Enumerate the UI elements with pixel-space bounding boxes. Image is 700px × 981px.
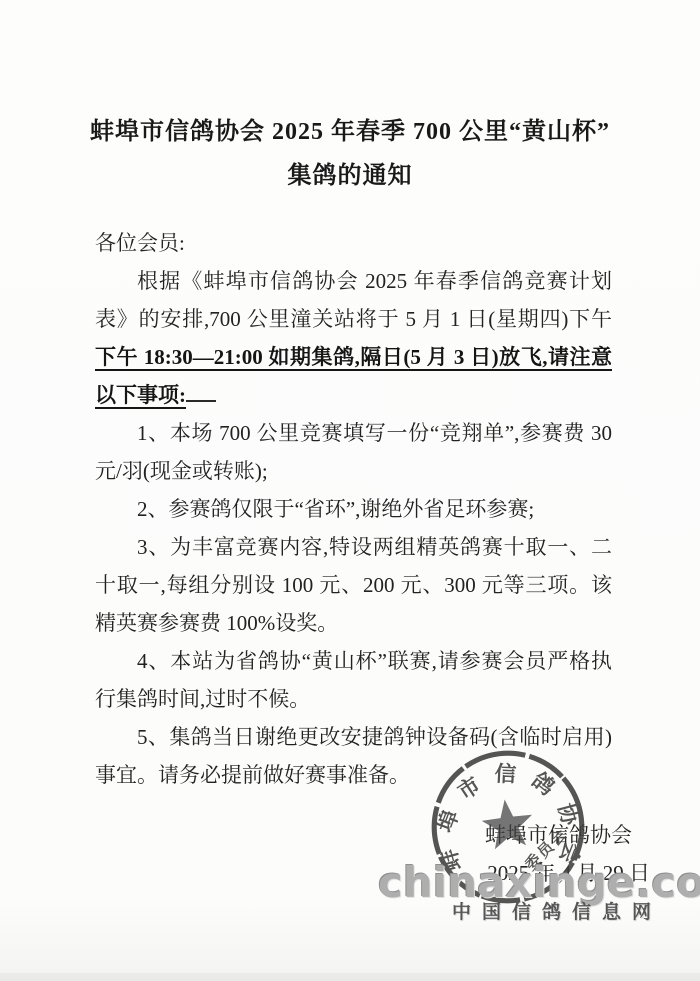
signature-date: 2025 年 4 月 29 日 [0,854,650,892]
notice-item-1: 1、本场 700 公里竞赛填写一份“竞翔单”,参赛费 30 元/羽(现金或转账)… [95,414,612,490]
title-line-2: 集鸽的通知 [0,154,700,198]
underline-tail [186,381,216,402]
document-body: 各位会员: 根据《蚌埠市信鸽协会 2025 年春季信鸽竞赛计划表》的安排,700… [95,224,612,794]
intro-emphasized-text: 下午 18:30—21:00 如期集鸽,隔日(5 月 3 日)放飞,请注意以下事… [95,345,612,407]
watermark-site-name: 中国信鸽信息网 [452,897,662,924]
intro-paragraph: 根据《蚌埠市信鸽协会 2025 年春季信鸽竞赛计划表》的安排,700 公里潼关站… [95,262,612,414]
notice-item-5: 5、集鸽当日谢绝更改安捷鸽钟设备码(含临时启用)事宜。请务必提前做好赛事准备。 [95,718,612,794]
signature-block: 蚌埠市信鸽协会 2025 年 4 月 29 日 [0,816,650,892]
title-line-1: 蚌埠市信鸽协会 2025 年春季 700 公里“黄山杯” [0,110,700,154]
notice-item-2: 2、参赛鸽仅限于“省环”,谢绝外省足环参赛; [95,490,612,528]
document-title: 蚌埠市信鸽协会 2025 年春季 700 公里“黄山杯” 集鸽的通知 [0,0,700,198]
notice-item-3: 3、为丰富竞赛内容,特设两组精英鸽赛十取一、二十取一,每组分别设 100 元、2… [95,528,612,642]
scanned-notice-page: 蚌埠市信鸽协会 2025 年春季 700 公里“黄山杯” 集鸽的通知 各位会员:… [0,0,700,981]
salutation: 各位会员: [95,224,612,262]
signature-org: 蚌埠市信鸽协会 [0,816,650,854]
notice-item-4: 4、本站为省鸽协“黄山杯”联赛,请参赛会员严格执行集鸽时间,过时不候。 [95,642,612,718]
intro-normal-text: 根据《蚌埠市信鸽协会 2025 年春季信鸽竞赛计划表》的安排,700 公里潼关站… [95,269,612,331]
